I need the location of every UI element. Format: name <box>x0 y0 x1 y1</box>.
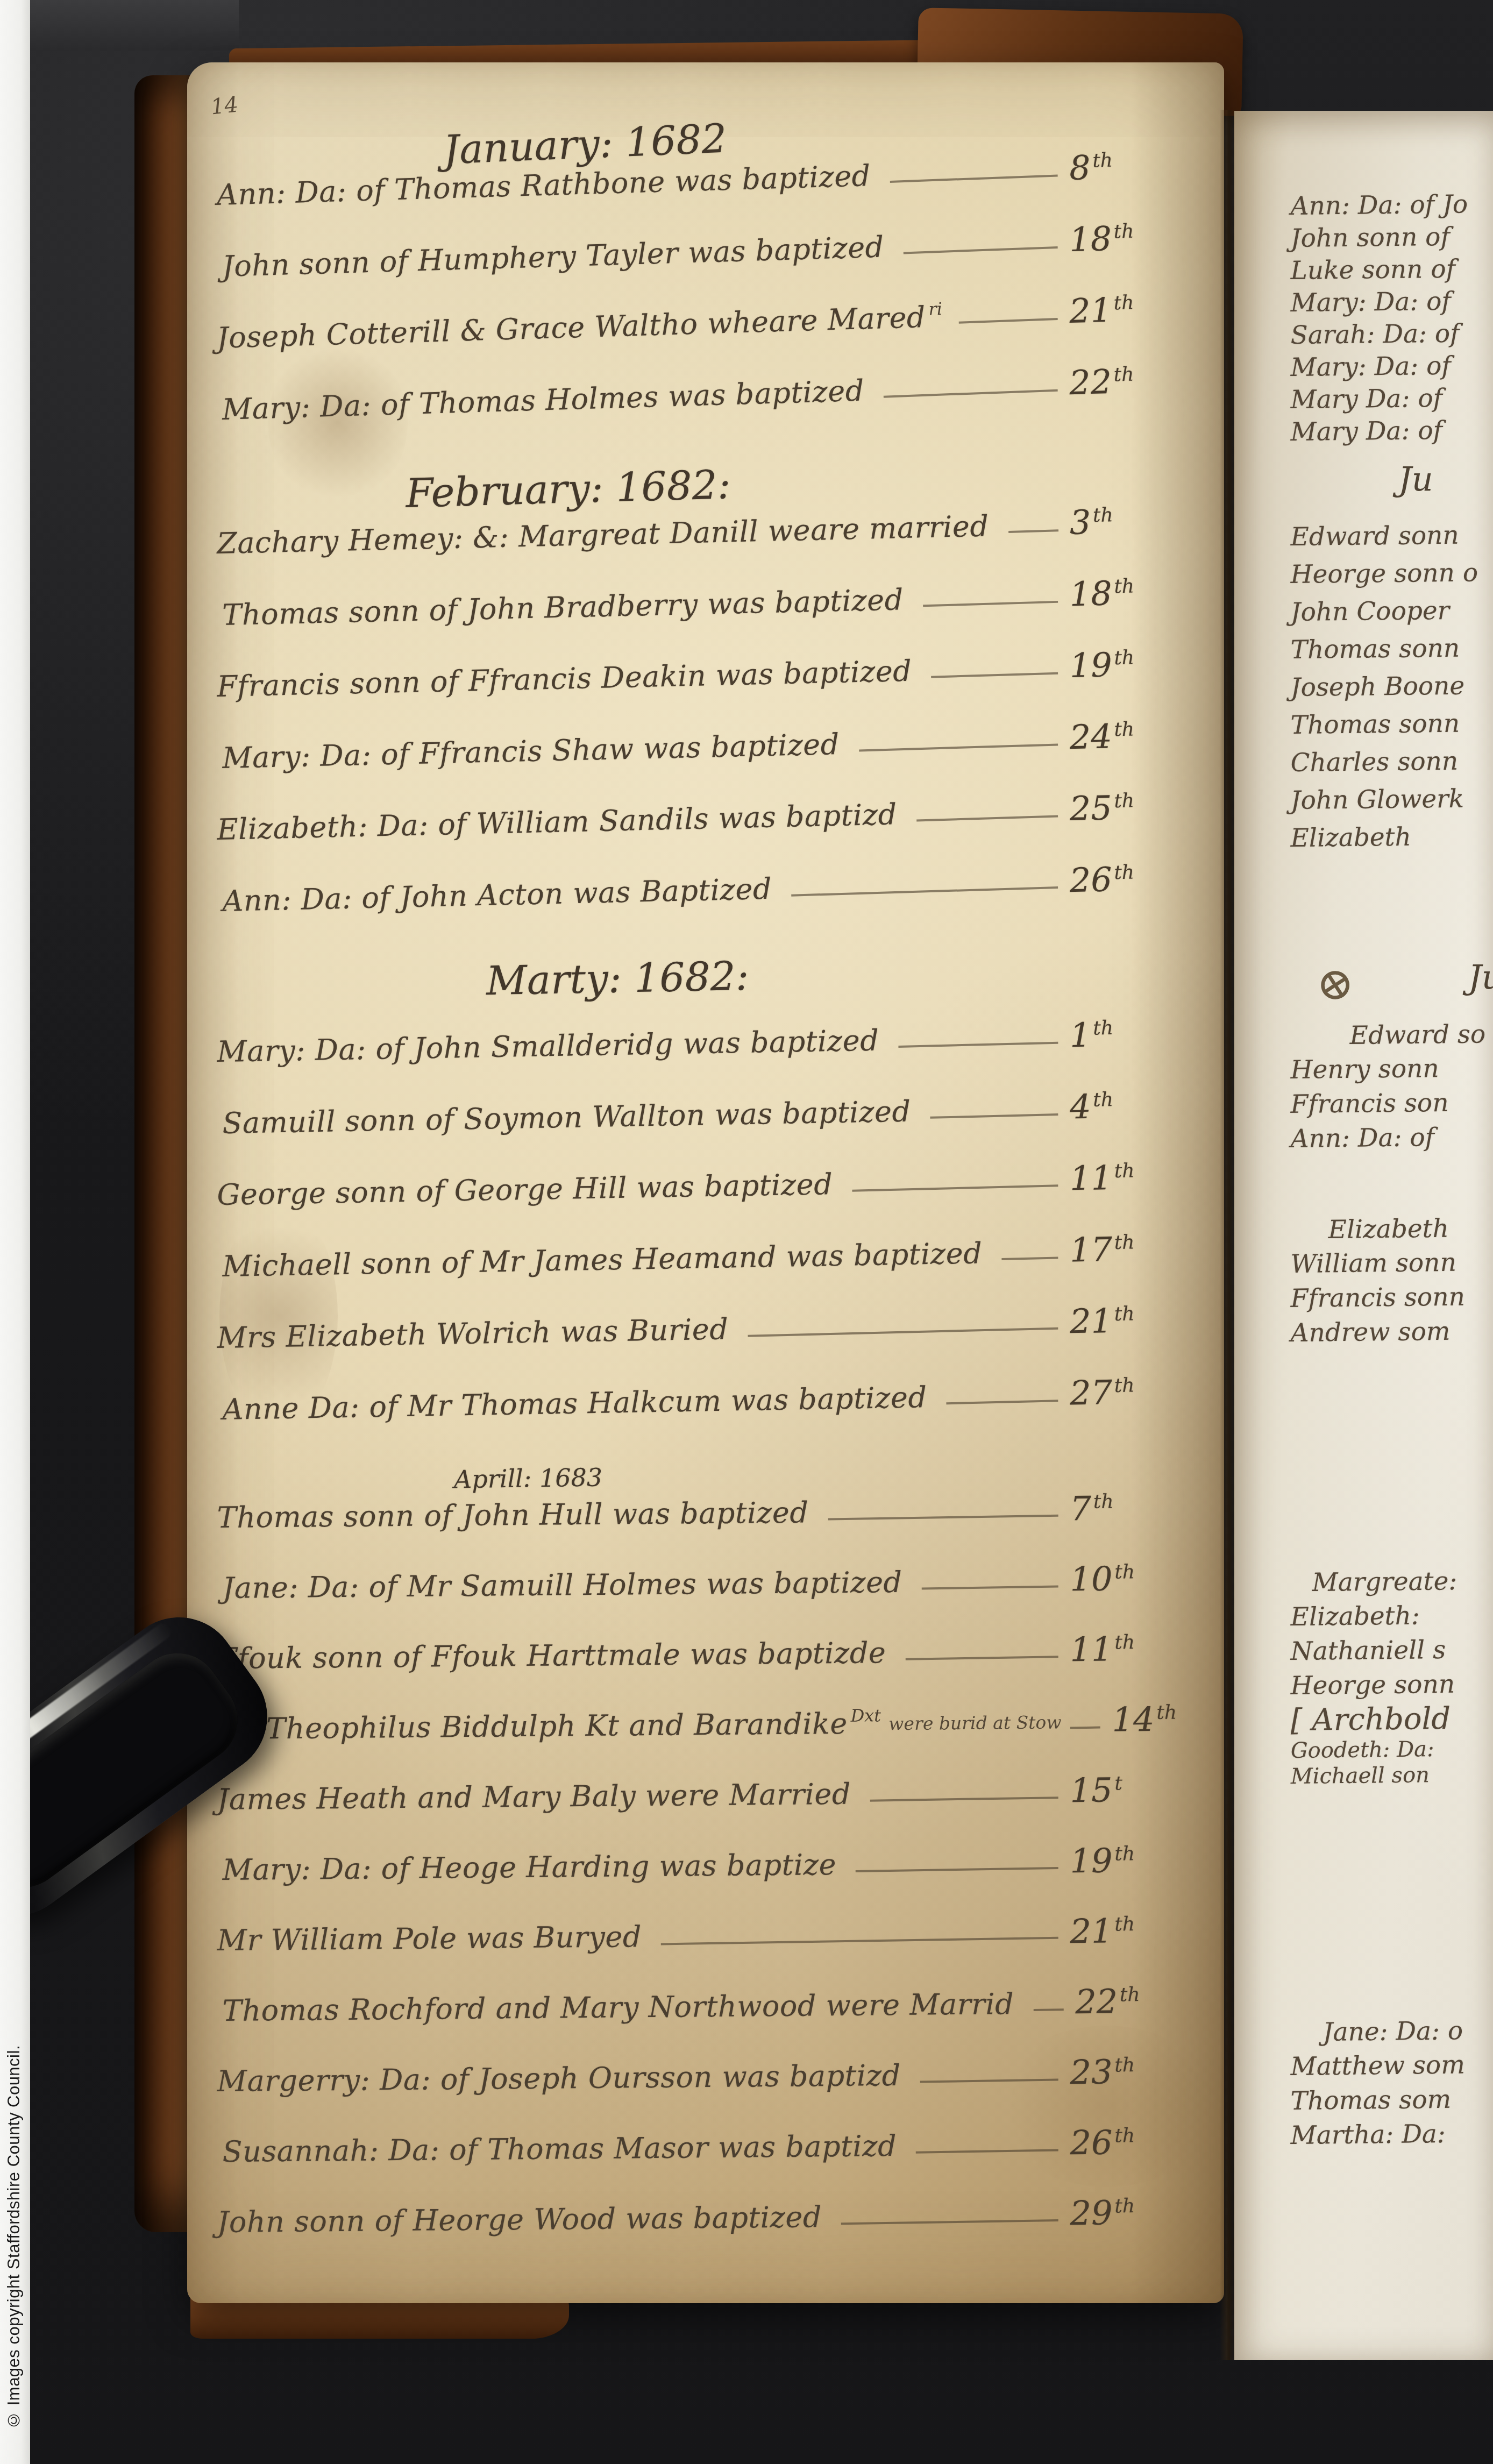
entry-date: 10th <box>1070 1559 1178 1599</box>
entry-day-number: 3 <box>1069 502 1091 542</box>
entry-dash-line <box>884 389 1058 398</box>
register-entry-cropped: Andrew som <box>1290 1314 1493 1351</box>
entry-day-suffix: th <box>1113 364 1134 386</box>
entry-day-number: 14 <box>1112 1700 1155 1739</box>
register-section-april: Aprill: 1683 Thomas sonn of John Hull wa… <box>217 1460 1178 2240</box>
register-entry: Thomas sonn of John Bradberry was baptiz… <box>222 572 1177 633</box>
entry-text: Mrs Elizabeth Wolrich was Buried <box>217 1312 729 1354</box>
entry-superscript: Dxt <box>850 1706 881 1726</box>
entry-date: 19th <box>1069 643 1178 685</box>
register-entry: James Heath and Mary Baly were Married 1… <box>217 1770 1178 1818</box>
right-page-content: Ann: Da: of JoJohn sonn ofLuke sonn ofMa… <box>1234 111 1493 2360</box>
entry-day-number: 26 <box>1070 2123 1113 2163</box>
register-entry: Mary: Da: of Heoge Harding was baptize 1… <box>222 1841 1178 1888</box>
right-page-group: Ann: Da: of JoJohn sonn ofLuke sonn ofMa… <box>1291 190 1493 449</box>
entry-day-number: 10 <box>1070 1559 1113 1599</box>
register-entry-cropped: Thomas sonn <box>1290 705 1493 744</box>
entry-superscript: ri <box>928 299 943 319</box>
register-entry: Anne Da: of Mr Thomas Halkcum was baptiz… <box>222 1372 1178 1428</box>
register-entry-cropped: Ffrancis sonn <box>1290 1280 1493 1316</box>
entry-text: John sonn of Humphery Tayler was baptize… <box>222 231 884 283</box>
book-gutter-crease <box>1220 110 1235 2360</box>
register-entry-cropped: Heorge sonn o <box>1290 554 1493 594</box>
entry-text: George sonn of George Hill was baptized <box>217 1168 833 1212</box>
entry-day-suffix: th <box>1114 2196 1135 2218</box>
entry-day-suffix: th <box>1114 1561 1135 1584</box>
entry-day-suffix: th <box>1113 292 1134 315</box>
entry-text: James Heath and Mary Baly were Married <box>217 1778 851 1816</box>
register-entry: Thomas Rochford and Mary Northwood were … <box>222 1982 1178 2029</box>
entry-day-suffix: th <box>1114 575 1135 598</box>
entry-text: Mary: Da: of John Smallderidg was baptiz… <box>217 1024 879 1068</box>
entry-day-suffix: th <box>1113 221 1134 243</box>
background-grey-patch <box>30 0 239 51</box>
entry-date: 26th <box>1069 858 1178 900</box>
entry-dash-line <box>922 1586 1058 1590</box>
entry-small-note: were burid at Stow <box>888 1714 1062 1732</box>
month-header-cropped: Ju <box>1398 456 1493 502</box>
entry-text: Mary: Da: of Ffrancis Shaw was baptized <box>222 728 840 775</box>
entry-date: 15t <box>1070 1770 1178 1810</box>
register-entry-cropped: Henry sonn <box>1290 1051 1493 1088</box>
entry-day-number: 7 <box>1070 1489 1091 1528</box>
entry-day-number: 26 <box>1069 860 1113 900</box>
entry-day-number: 21 <box>1069 1301 1112 1341</box>
entry-date: 3th <box>1069 500 1178 542</box>
entry-day-number: 15 <box>1070 1771 1113 1810</box>
register-entry-cropped: Matthew som <box>1290 2048 1493 2084</box>
register-entry-cropped: John sonn of <box>1290 221 1493 255</box>
entry-date: 8th <box>1069 145 1177 188</box>
entry-date: 23th <box>1070 2052 1178 2092</box>
entry-text: Mary: Da: of Heoge Harding was baptize <box>222 1848 836 1887</box>
register-entry-cropped: Goodeth: Da: <box>1290 1736 1492 1764</box>
entry-day-number: 24 <box>1069 716 1113 757</box>
entry-day-number: 23 <box>1070 2053 1113 2092</box>
entry-day-suffix: th <box>1114 1232 1134 1254</box>
entry-day-suffix: th <box>1093 1491 1114 1513</box>
month-header-march: Marty: 1682: <box>486 945 1178 1005</box>
entry-day-number: 11 <box>1069 1158 1112 1198</box>
register-entry-cropped: Mary Da: of <box>1290 382 1493 416</box>
entry-dash-line <box>947 1400 1058 1404</box>
entry-dash-line <box>870 1796 1058 1801</box>
entry-day-number: 8 <box>1069 148 1091 188</box>
entry-day-suffix: th <box>1114 861 1135 884</box>
register-entry: George sonn of George Hill was baptized … <box>217 1157 1178 1213</box>
entry-text: Elizabeth: Da: of William Sandils was ba… <box>217 798 898 846</box>
entry-dash-line <box>1001 1256 1058 1260</box>
entry-text: Michaell sonn of Mr James Heamand was ba… <box>222 1237 983 1283</box>
entry-dash-line <box>920 2079 1058 2083</box>
entry-day-number: 22 <box>1069 362 1112 402</box>
entries-list: Ann: Da: of Thomas Rathbone was baptized… <box>217 174 1178 428</box>
entry-text: Ffouk sonn of Ffouk Harttmale was baptiz… <box>217 1636 886 1675</box>
entry-day-number: 17 <box>1069 1230 1112 1269</box>
circled-x-mark: ⊗ <box>1312 954 1360 1013</box>
entry-dash-line <box>898 1042 1058 1048</box>
register-entry-cropped: John Glowerk <box>1290 780 1493 820</box>
entry-dash-line <box>931 672 1058 678</box>
entry-day-suffix: th <box>1114 1843 1135 1865</box>
entry-text: Thomas sonn of John Hull was baptized <box>217 1496 808 1535</box>
register-entry: Mary: Da: of Ffrancis Shaw was baptized … <box>222 715 1177 776</box>
entry-dash-line <box>1008 529 1058 533</box>
entries-list: Thomas sonn of John Hull was baptized 7t… <box>217 1496 1178 2240</box>
entry-day-suffix: th <box>1156 1702 1177 1724</box>
entry-date: 11th <box>1069 1157 1177 1198</box>
register-entry-cropped: Ann: Da: of <box>1290 1120 1493 1156</box>
entries-list: Zachary Hemey: &: Margreat Danill weare … <box>217 522 1178 919</box>
entry-date: 17th <box>1069 1229 1177 1269</box>
entry-text: Ann: Da: of Thomas Rathbone was baptized <box>216 159 871 212</box>
entry-day-number: 21 <box>1070 1912 1113 1951</box>
entry-dash-line <box>828 1515 1058 1521</box>
entry-day-number: 1 <box>1069 1016 1091 1055</box>
register-entry-cropped: Charles sonn <box>1290 742 1493 782</box>
entry-date: 29th <box>1070 2193 1178 2233</box>
entry-dash-line <box>916 2149 1058 2154</box>
entry-dash-line <box>904 246 1058 254</box>
register-entry-cropped: Elizabeth: <box>1290 1598 1493 1635</box>
entry-text: Ann: Da: of John Acton was Baptized <box>222 872 772 918</box>
entry-dash-line <box>661 1937 1058 1945</box>
entry-dash-line <box>1070 1727 1100 1729</box>
register-entry-cropped: Martha: Da: <box>1290 2117 1493 2153</box>
register-section-january: January: 1682 Ann: Da: of Thomas Rathbon… <box>217 112 1178 428</box>
copyright-strip: © Images copyright Staffordshire County … <box>0 0 30 2464</box>
register-entry: Mary: Da: of Thomas Holmes was baptized … <box>222 360 1177 428</box>
entry-date: 26th <box>1070 2122 1178 2163</box>
entry-date: 24th <box>1069 715 1178 757</box>
entry-day-suffix: th <box>1114 647 1135 669</box>
register-entry-cropped: Mary: Da: of <box>1290 285 1493 319</box>
entry-dash-line <box>890 175 1058 183</box>
entry-dash-line <box>923 600 1058 606</box>
entry-date: 18th <box>1069 217 1177 260</box>
entry-day-suffix: th <box>1092 504 1113 527</box>
entry-date: 25th <box>1069 786 1178 828</box>
entry-date: 18th <box>1069 572 1178 614</box>
entry-day-number: 21 <box>1069 290 1112 331</box>
entry-text: Mr William Pole was Buryed <box>217 1920 642 1957</box>
entry-text: Jane: Da: of Mr Samuill Holmes was bapti… <box>222 1566 902 1605</box>
register-entry: Mr William Pole was Buryed 21th <box>217 1911 1178 1959</box>
entry-text: Ffrancis sonn of Ffrancis Deakin was bap… <box>217 654 912 703</box>
register-entry-cropped: Michaell son <box>1290 1762 1492 1790</box>
register-entry-cropped: Ffrancis son <box>1290 1085 1493 1122</box>
entry-day-number: 4 <box>1069 1087 1091 1127</box>
entry-dash-line <box>841 2219 1058 2225</box>
entry-day-suffix: th <box>1114 1375 1134 1397</box>
register-entry: Joseph Cotterill & Grace Waltho wheare M… <box>216 288 1177 356</box>
register-entry-cropped: Mary Da: of <box>1290 414 1493 449</box>
entry-dash-line <box>748 1327 1058 1337</box>
register-entry-cropped: Joseph Boone <box>1290 667 1493 707</box>
register-entry-cropped: Thomas som <box>1290 2082 1493 2119</box>
entry-text: Samuill sonn of Soymon Wallton was bapti… <box>222 1095 911 1140</box>
register-entry: Susannah: Da: of Thomas Masor was baptiz… <box>222 2122 1178 2170</box>
register-entry-cropped: Sarah: Da: of <box>1290 317 1493 352</box>
entry-dash-line <box>791 886 1058 897</box>
entry-dash-line <box>916 815 1058 821</box>
entry-date: 11th <box>1070 1629 1178 1670</box>
entry-text: Anne Da: of Mr Thomas Halkcum was baptiz… <box>222 1381 927 1426</box>
entry-day-number: 29 <box>1070 2193 1113 2233</box>
register-entry: Michaell sonn of Mr James Heamand was ba… <box>222 1229 1178 1284</box>
register-entry: Margerry: Da: of Joseph Oursson was bapt… <box>217 2052 1178 2100</box>
entry-dash-line <box>859 743 1058 751</box>
entries-list: Mary: Da: of John Smallderidg was baptiz… <box>217 1031 1178 1428</box>
entry-dash-line <box>852 1184 1058 1191</box>
register-entry-cropped: Heorge sonn <box>1290 1667 1493 1703</box>
entry-date: 22th <box>1069 360 1177 403</box>
entry-day-number: 19 <box>1069 645 1113 685</box>
register-entry-cropped: Thomas sonn <box>1290 629 1493 669</box>
month-header-cropped: Ju <box>1468 954 1493 1000</box>
register-right-page: Ann: Da: of JoJohn sonn ofLuke sonn ofMa… <box>1234 111 1493 2360</box>
entry-dash-line <box>930 1113 1058 1119</box>
right-page-group: Edward soHenry sonnFfrancis sonAnn: Da: … <box>1291 1019 1493 1156</box>
copyright-notice: © Images copyright Staffordshire County … <box>4 2045 24 2430</box>
register-entry: Thomas sonn of John Hull was baptized 7t… <box>217 1488 1178 1536</box>
entry-text: Joseph Cotterill & Grace Waltho wheare M… <box>216 301 926 355</box>
entry-date: 21th <box>1069 288 1177 331</box>
entry-day-number: 25 <box>1069 788 1113 828</box>
entry-day-number: 18 <box>1069 219 1112 259</box>
entry-date: 21th <box>1070 1911 1178 1951</box>
register-entry-cropped: Luke sonn of <box>1290 253 1493 287</box>
right-page-group: Jane: Da: oMatthew somThomas somMartha: … <box>1291 2015 1493 2153</box>
register-entry: Samuill sonn of Soymon Wallton was bapti… <box>222 1085 1178 1141</box>
register-entry: Jane: Da: of Mr Samuill Holmes was bapti… <box>222 1559 1178 1606</box>
register-entry: Sr Theophilus Biddulph Kt and Barandike … <box>222 1700 1178 1747</box>
entry-dash-line <box>1033 2008 1063 2011</box>
entry-date: 21th <box>1069 1300 1177 1341</box>
entry-text: John sonn of Heorge Wood was baptized <box>217 2200 822 2239</box>
entry-day-suffix: th <box>1114 2055 1135 2077</box>
entry-day-suffix: th <box>1093 1089 1113 1111</box>
register-entry: Mary: Da: of John Smallderidg was baptiz… <box>217 1014 1178 1070</box>
entry-day-suffix: th <box>1114 1632 1135 1654</box>
register-section-february: February: 1682: Zachary Hemey: &: Margre… <box>217 460 1178 919</box>
register-entry: Ann: Da: of John Acton was Baptized 26th <box>222 858 1177 919</box>
register-entry-cropped: Nathaniell s <box>1290 1632 1493 1669</box>
register-entry: John sonn of Heorge Wood was baptized 29… <box>217 2193 1178 2241</box>
register-entry-cropped: Elizabeth <box>1328 1211 1493 1247</box>
entry-date: 22th <box>1075 1982 1183 2022</box>
register-entry-cropped: Edward sonn <box>1290 516 1493 556</box>
entry-day-suffix: th <box>1114 1303 1134 1326</box>
right-page-group: ElizabethWilliam sonnFfrancis sonnAndrew… <box>1291 1213 1493 1351</box>
entry-day-suffix: th <box>1114 1160 1134 1183</box>
entry-day-suffix: th <box>1114 718 1135 741</box>
entry-day-number: 19 <box>1070 1841 1113 1881</box>
entry-dash-line <box>856 1867 1058 1872</box>
register-entry: Elizabeth: Da: of William Sandils was ba… <box>216 786 1177 848</box>
register-entry: Mrs Elizabeth Wolrich was Buried 21th <box>217 1300 1178 1356</box>
right-page-group: Edward sonnHeorge sonn oJohn CooperThoma… <box>1291 519 1493 857</box>
entry-date: 4th <box>1069 1085 1177 1126</box>
entry-text: Mary: Da: of Thomas Holmes was baptized <box>222 374 865 427</box>
register-entry: Ffrancis sonn of Ffrancis Deakin was bap… <box>216 643 1177 705</box>
register-entry-cropped: Elizabeth <box>1290 818 1493 857</box>
entry-text: Thomas Rochford and Mary Northwood were … <box>222 1987 1014 2027</box>
entry-date: 1th <box>1069 1014 1177 1055</box>
entry-day-suffix: th <box>1114 1914 1135 1936</box>
entry-day-suffix: th <box>1092 150 1113 172</box>
entry-date: 27th <box>1069 1372 1177 1412</box>
register-entry: John sonn of Humphery Tayler was baptize… <box>222 217 1177 285</box>
right-page-header-row: ⊗ Ju <box>1291 954 1493 1008</box>
register-entry-cropped: Margreate: <box>1312 1564 1493 1600</box>
entry-day-suffix: t <box>1114 1773 1122 1795</box>
entry-date: 14th <box>1112 1699 1220 1739</box>
entry-day-suffix: th <box>1120 1984 1140 2006</box>
entry-dash-line <box>905 1656 1058 1660</box>
entry-day-suffix: th <box>1114 790 1135 812</box>
entry-text: Sr Theophilus Biddulph Kt and Barandike <box>222 1707 848 1746</box>
register-entry-cropped: Mary: Da: of <box>1290 350 1493 384</box>
entry-day-suffix: th <box>1093 1017 1113 1040</box>
register-entry: Ffouk sonn of Ffouk Harttmale was baptiz… <box>217 1629 1178 1677</box>
entry-day-number: 18 <box>1069 573 1113 614</box>
entry-day-suffix: th <box>1114 2125 1135 2147</box>
entry-text: Margerry: Da: of Joseph Oursson was bapt… <box>217 2059 901 2098</box>
month-header-april: Aprill: 1683 <box>454 1455 1178 1494</box>
register-left-page: 14 January: 1682 Ann: Da: of Thomas Rath… <box>187 62 1224 2303</box>
register-entry-cropped: [ Archbold <box>1290 1701 1493 1738</box>
entry-text: Susannah: Da: of Thomas Masor was baptiz… <box>222 2129 897 2168</box>
right-page-group: Margreate:Elizabeth:Nathaniell sHeorge s… <box>1291 1566 1493 1790</box>
register-entry-cropped: Ann: Da: of Jo <box>1290 188 1493 223</box>
left-page-content: January: 1682 Ann: Da: of Thomas Rathbon… <box>187 62 1224 2303</box>
entry-day-number: 27 <box>1069 1373 1112 1412</box>
entry-date: 7th <box>1070 1488 1178 1529</box>
register-entry-cropped: William sonn <box>1290 1245 1493 1282</box>
register-section-march: Marty: 1682: Mary: Da: of John Smallderi… <box>217 951 1178 1428</box>
register-entry-cropped: Edward so <box>1349 1017 1493 1053</box>
entry-day-number: 22 <box>1075 1982 1118 2022</box>
entry-date: 19th <box>1070 1841 1178 1881</box>
register-entry-cropped: John Cooper <box>1290 592 1493 631</box>
entry-text: Thomas sonn of John Bradberry was baptiz… <box>222 583 904 631</box>
entry-dash-line <box>959 318 1058 324</box>
entry-text: Zachary Hemey: &: Margreat Danill weare … <box>217 509 990 560</box>
entry-day-number: 11 <box>1070 1630 1113 1670</box>
register-entry-cropped: Jane: Da: o <box>1323 2014 1493 2050</box>
